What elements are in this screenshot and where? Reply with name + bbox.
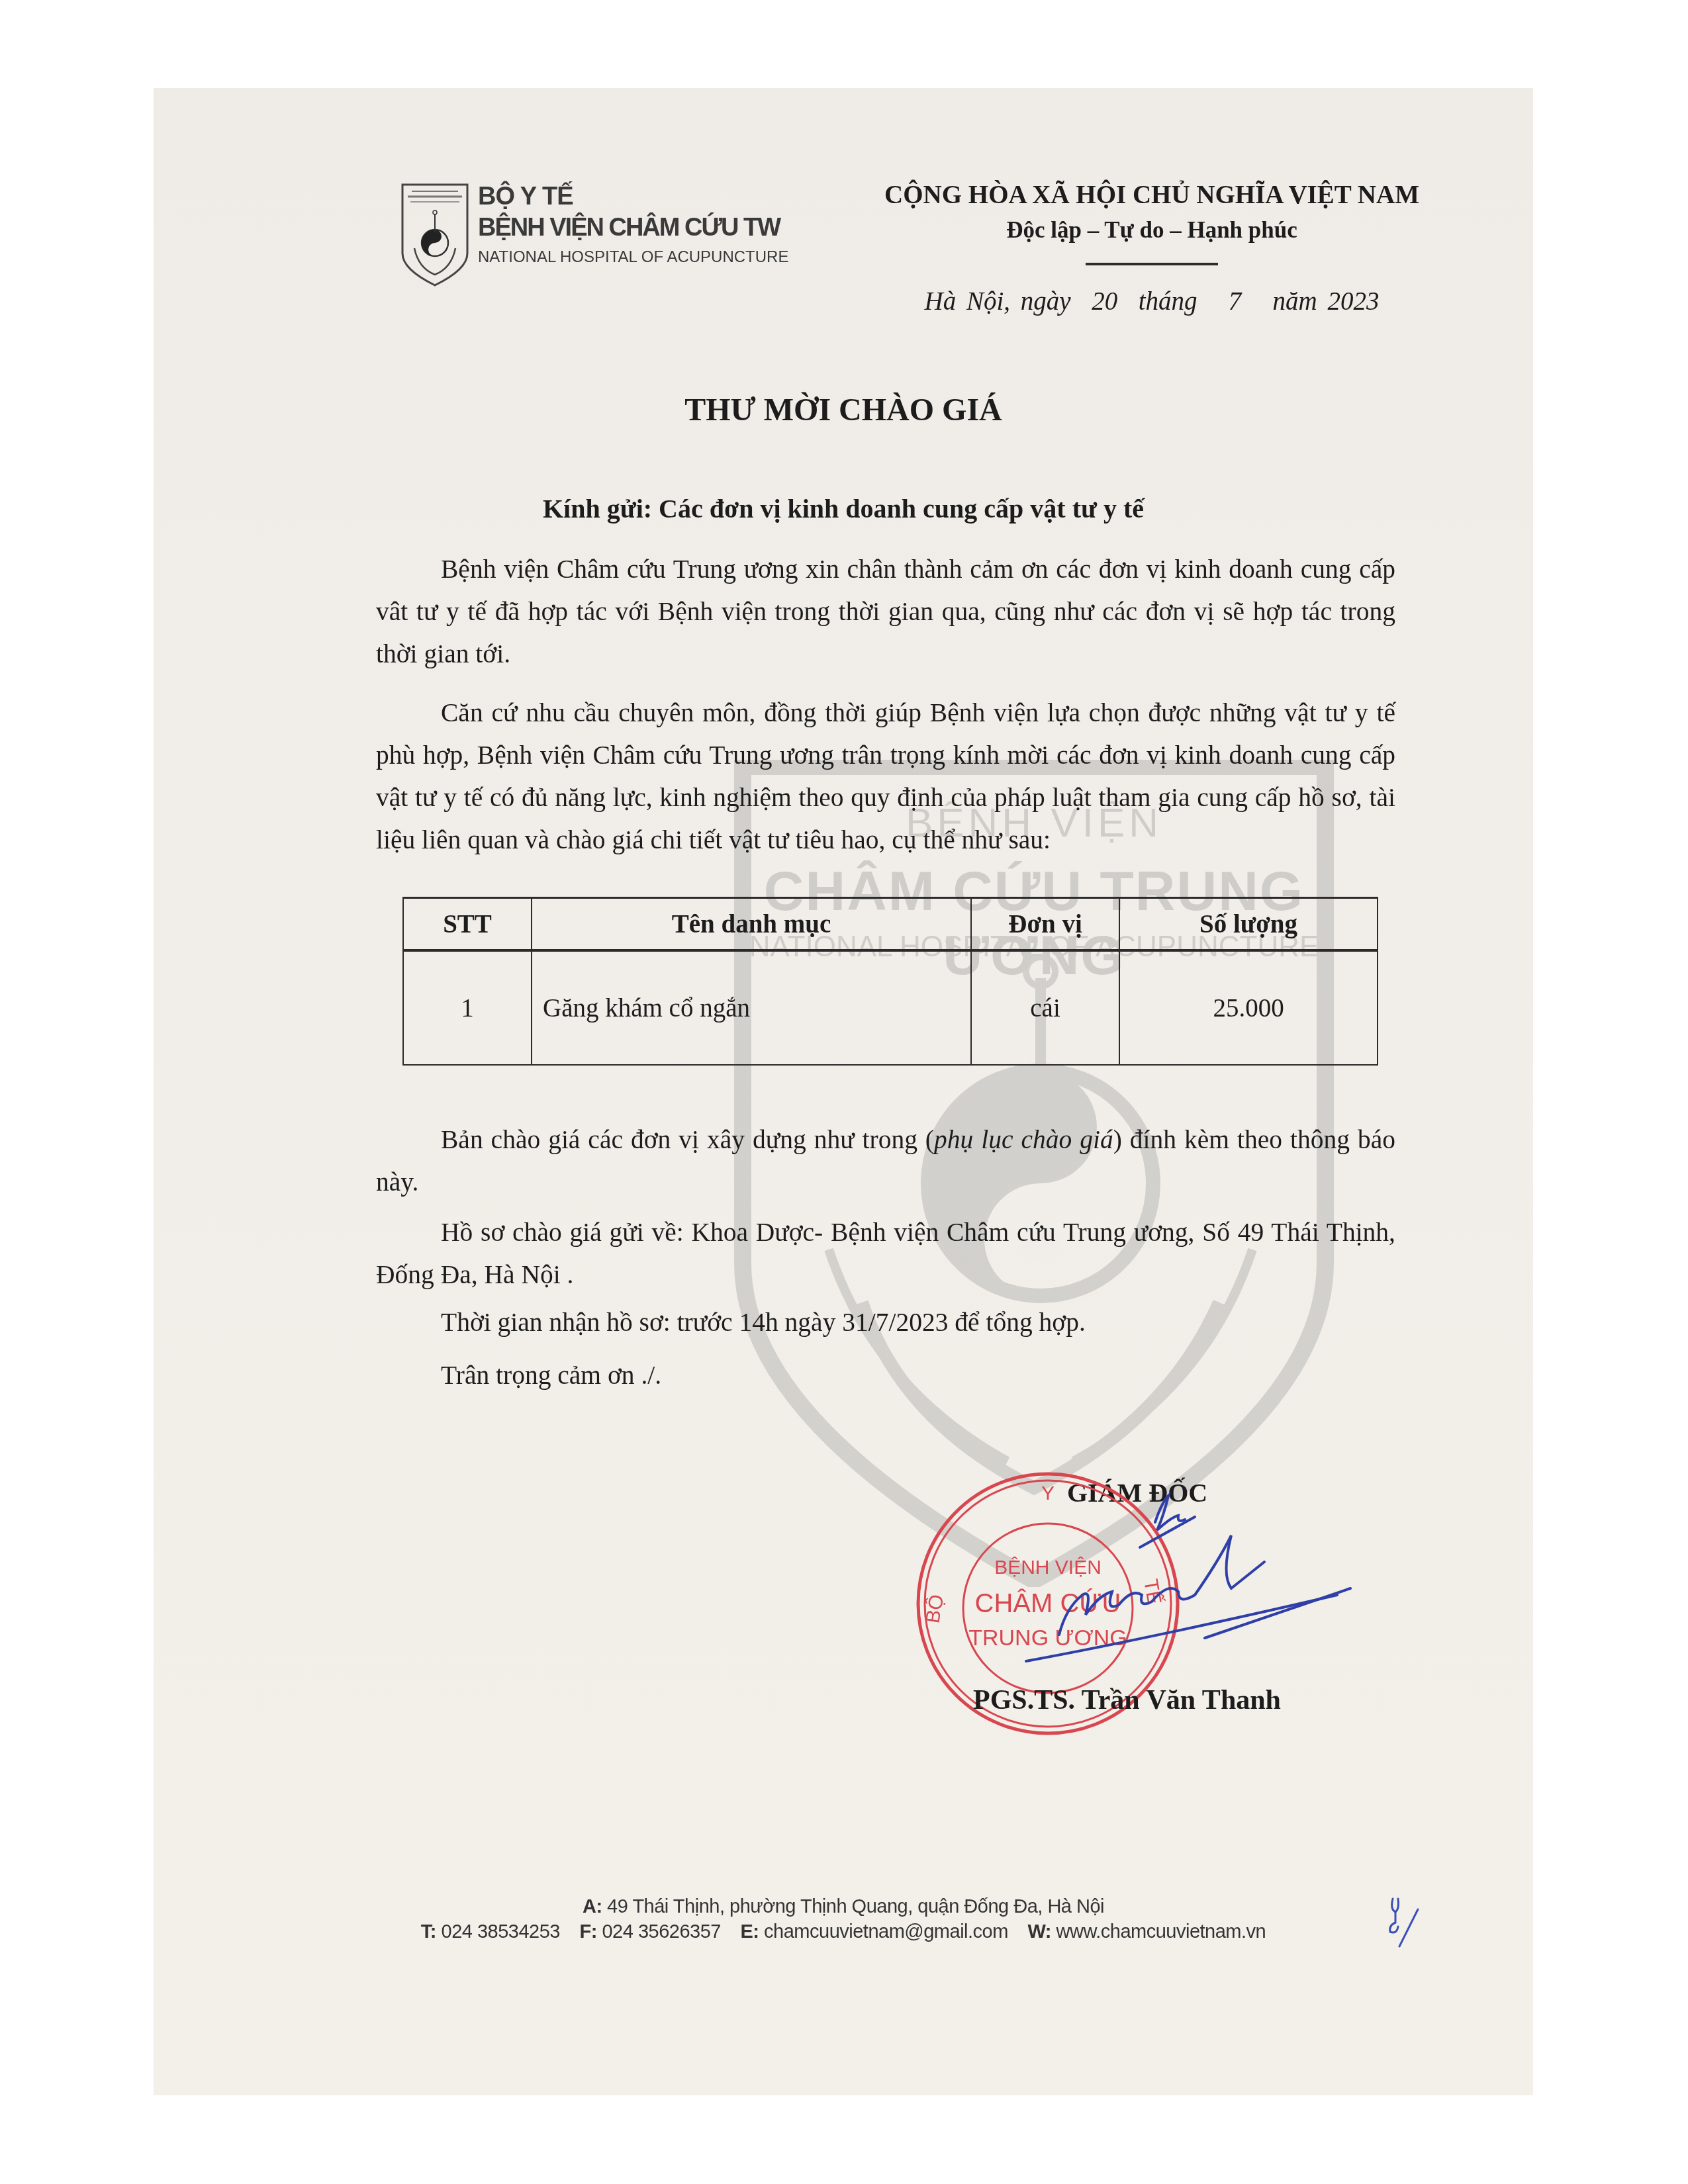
handwritten-signature-icon <box>1019 1476 1364 1674</box>
org-hospital-name: BỆNH VIỆN CHÂM CỨU TW <box>478 211 788 244</box>
paragraph-2-text: Căn cứ nhu cầu chuyên môn, đồng thời giú… <box>376 692 1395 861</box>
footer-website[interactable]: www.chamcuuvietnam.vn <box>1056 1921 1266 1942</box>
header-item-name: Tên danh mục <box>532 898 971 951</box>
paragraph-3-before: Bản chào giá các đơn vị xây dựng như tro… <box>441 1125 934 1154</box>
hospital-shield-logo-icon <box>400 182 470 288</box>
cell-item-name: Găng khám cổ ngắn <box>532 950 971 1065</box>
paragraph-thanks: Bệnh viện Châm cứu Trung ương xin chân t… <box>376 548 1395 675</box>
nation-name: CỘNG HÒA XÃ HỘI CHỦ NGHĨA VIỆT NAM <box>867 175 1436 215</box>
document-title: THƯ MỜI CHÀO GIÁ <box>154 392 1533 428</box>
paragraph-5-text: Thời gian nhận hồ sơ: trước 14h ngày 31/… <box>376 1301 1395 1343</box>
footer-fax: 024 35626357 <box>602 1921 720 1942</box>
signer-name: PGS.TS. Trần Văn Thanh <box>973 1684 1281 1716</box>
document-date: Hà Nội, ngày 20 tháng 7 năm 2023 <box>867 287 1436 316</box>
handwritten-initial-icon <box>1383 1896 1423 1949</box>
recipient-line: Kính gửi: Các đơn vị kinh doanh cung cấp… <box>154 493 1533 524</box>
paragraph-3-text: Bản chào giá các đơn vị xây dựng như tro… <box>376 1118 1395 1203</box>
appendix-reference: phụ lục chào giá <box>934 1125 1113 1154</box>
phone-label: T: <box>421 1921 436 1942</box>
cell-unit: cái <box>971 950 1119 1065</box>
org-english-name: NATIONAL HOSPITAL OF ACUPUNCTURE <box>478 244 788 271</box>
document-page: BỆNH VIỆN CHÂM CỨU TRUNG ƯƠNG NATIONAL H… <box>154 88 1533 2095</box>
paragraph-4-text: Hồ sơ chào giá gửi về: Khoa Dược- Bệnh v… <box>376 1211 1395 1296</box>
org-header: BỘ Y TẾ BỆNH VIỆN CHÂM CỨU TW NATIONAL H… <box>400 182 788 288</box>
paragraph-invitation: Căn cứ nhu cầu chuyên môn, đồng thời giú… <box>376 692 1395 861</box>
footer-contact-line: T: 024 38534253 F: 024 35626357 E: chamc… <box>154 1919 1533 1944</box>
nation-motto: Độc lập – Tự do – Hạnh phúc <box>867 215 1436 246</box>
motto-underline <box>1086 263 1218 265</box>
fax-label: F: <box>580 1921 597 1942</box>
items-table: STT Tên danh mục Đơn vị Số lượng 1 Găng … <box>402 897 1378 1066</box>
paragraph-deadline: Thời gian nhận hồ sơ: trước 14h ngày 31/… <box>376 1301 1395 1343</box>
paragraph-6-text: Trân trọng cảm ơn ./. <box>376 1354 1395 1396</box>
address-label: A: <box>583 1896 602 1917</box>
org-ministry: BỘ Y TẾ <box>478 182 788 211</box>
header-stt: STT <box>403 898 532 951</box>
table-header-row: STT Tên danh mục Đơn vị Số lượng <box>403 898 1378 951</box>
paragraph-submission-address: Hồ sơ chào giá gửi về: Khoa Dược- Bệnh v… <box>376 1211 1395 1296</box>
header-quantity: Số lượng <box>1119 898 1378 951</box>
paragraph-appendix: Bản chào giá các đơn vị xây dựng như tro… <box>376 1118 1395 1203</box>
table-row: 1 Găng khám cổ ngắn cái 25.000 <box>403 950 1378 1065</box>
footer-address-line: A: 49 Thái Thịnh, phường Thịnh Quang, qu… <box>154 1894 1533 1919</box>
cell-stt: 1 <box>403 950 532 1065</box>
letterhead-footer: A: 49 Thái Thịnh, phường Thịnh Quang, qu… <box>154 1894 1533 1944</box>
email-label: E: <box>741 1921 759 1942</box>
web-label: W: <box>1027 1921 1051 1942</box>
paragraph-closing: Trân trọng cảm ơn ./. <box>376 1354 1395 1396</box>
paragraph-1-text: Bệnh viện Châm cứu Trung ương xin chân t… <box>376 548 1395 675</box>
footer-phone: 024 38534253 <box>442 1921 560 1942</box>
header-unit: Đơn vị <box>971 898 1119 951</box>
footer-email[interactable]: chamcuuvietnam@gmail.com <box>764 1921 1008 1942</box>
cell-quantity: 25.000 <box>1119 950 1378 1065</box>
footer-address: 49 Thái Thịnh, phường Thịnh Quang, quận … <box>607 1896 1104 1917</box>
national-header: CỘNG HÒA XÃ HỘI CHỦ NGHĨA VIỆT NAM Độc l… <box>867 175 1436 316</box>
